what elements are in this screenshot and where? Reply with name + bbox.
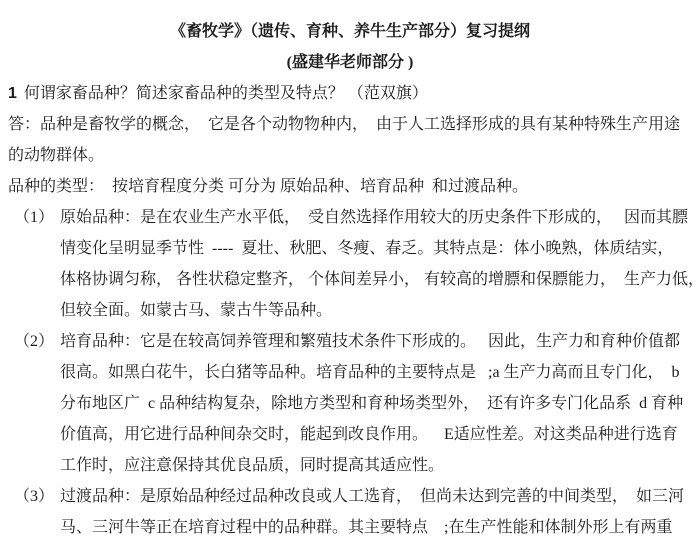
answer-line: 的动物群体。	[8, 140, 692, 171]
list-item-line: 价值高，用它进行品种间杂交时，能起到改良作用。 E适应性差。对这类品种进行选育	[60, 419, 692, 450]
doc-title: 《畜牧学》（遗传、育种、养牛生产部分）复习提纲	[8, 16, 692, 47]
list-item-line: 原始品种：是在农业生产水平低， 受自然选择作用较大的历史条件下形成的， 因而其膘	[60, 202, 692, 233]
list-item-line: 但较全面。如蒙古马、蒙古牛等品种。	[60, 295, 692, 326]
list-item-body: 培育品种：它是在较高饲养管理和繁殖技术条件下形成的。 因此，生产力和育种价值都 …	[60, 326, 692, 481]
document-page: 《畜牧学》（遗传、育种、养牛生产部分）复习提纲 (盛建华老师部分 ) 1何谓家畜…	[0, 0, 698, 544]
list-item-line: 工作时，应注意保持其优良品质，同时提高其适应性。	[60, 450, 692, 481]
list-item-line: 培育品种：它是在较高饲养管理和繁殖技术条件下形成的。 因此，生产力和育种价值都	[60, 326, 692, 357]
doc-subtitle: (盛建华老师部分 )	[8, 47, 692, 78]
list-item-line: 分布地区广 c 品种结构复杂，除地方类型和育种场类型外， 还有许多专门化品系 d…	[60, 388, 692, 419]
list-item-line: 过渡品种：是原始品种经过品种改良或人工选育， 但尚未达到完善的中间类型， 如三河	[60, 481, 692, 512]
list-item-line: 马、三河牛等正在培育过程中的品种群。其主要特点 ;在生产性能和体制外形上有两重	[60, 512, 692, 543]
list-item-marker: （3）	[14, 481, 60, 512]
list-item: （2） 培育品种：它是在较高饲养管理和繁殖技术条件下形成的。 因此，生产力和育种…	[8, 326, 692, 481]
list-item: （1） 原始品种：是在农业生产水平低， 受自然选择作用较大的历史条件下形成的， …	[8, 202, 692, 326]
question-line: 1何谓家畜品种？简述家畜品种的类型及特点？ （范双旗）	[8, 78, 692, 109]
list-item-body: 过渡品种：是原始品种经过品种改良或人工选育， 但尚未达到完善的中间类型， 如三河…	[60, 481, 692, 543]
list-item-marker: （1）	[14, 202, 60, 233]
answer-line: 答：品种是畜牧学的概念， 它是各个动物物种内， 由于人工选择形成的具有某种特殊生…	[8, 109, 692, 140]
list-item: （3） 过渡品种：是原始品种经过品种改良或人工选育， 但尚未达到完善的中间类型，…	[8, 481, 692, 543]
list-item-line: 很高。如黑白花牛，长白猪等品种。培育品种的主要特点是 ;a 生产力高而且专门化，…	[60, 357, 692, 388]
list-item-line: 情变化呈明显季节性 ---- 夏壮、秋肥、冬瘦、春乏。其特点是：体小晚熟，体质结…	[60, 233, 692, 264]
list-item-marker: （2）	[14, 326, 60, 357]
question-text: 何谓家畜品种？简述家畜品种的类型及特点？ （范双旗）	[24, 85, 428, 102]
list-item-body: 原始品种：是在农业生产水平低， 受自然选择作用较大的历史条件下形成的， 因而其膘…	[60, 202, 692, 326]
list-item-line: 体格协调匀称， 各性状稳定整齐， 个体间差异小， 有较高的增膘和保膘能力， 生产…	[60, 264, 692, 295]
answer-line: 品种的类型： 按培育程度分类 可分为 原始品种、培育品种 和过渡品种。	[8, 171, 692, 202]
question-number: 1	[8, 85, 17, 102]
